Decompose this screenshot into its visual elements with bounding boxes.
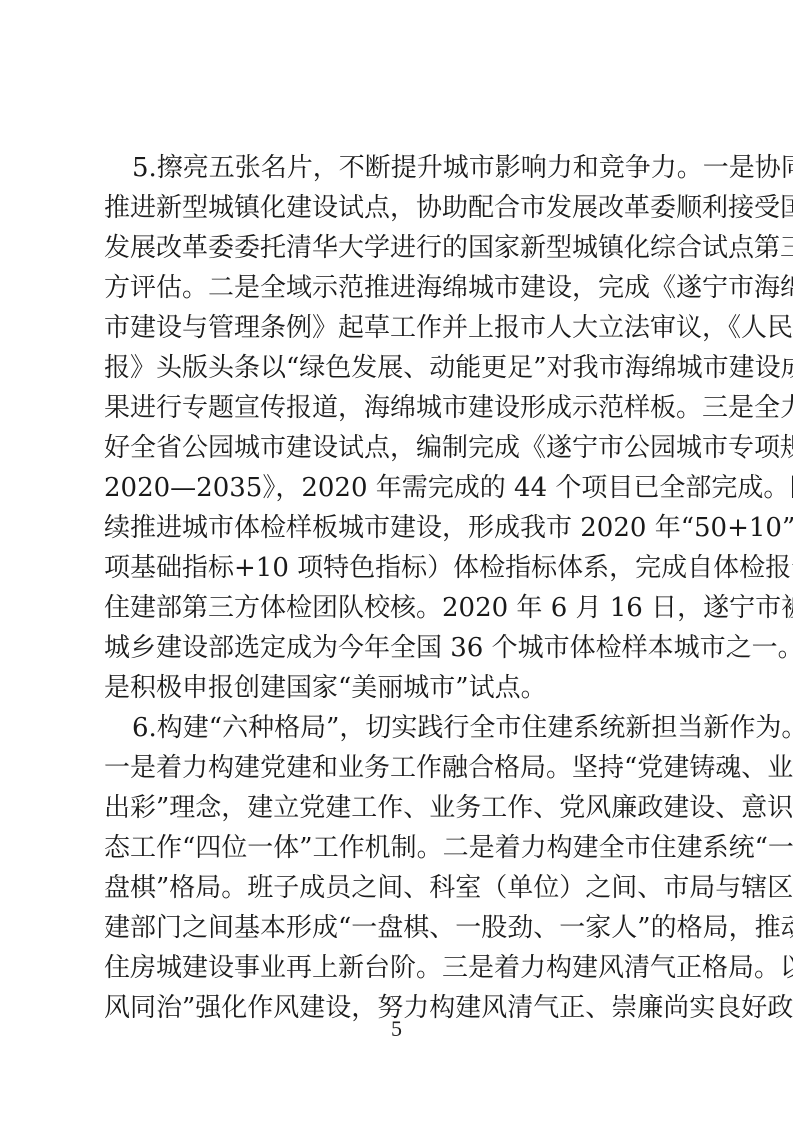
text-line: 项基础指标+10 项特色指标）体检指标体系，完成自体检报告送 (104, 548, 692, 588)
paragraph-item-6: 6.构建“六种格局”，切实践行全市住建系统新担当新作为。 一是着力构建党建和业务… (104, 708, 692, 1028)
text-line: 果进行专题宣传报道，海绵城市建设形成示范样板。三是全力抓 (104, 388, 692, 428)
text-line: 续推进城市体检样板城市建设，形成我市 2020 年“50+10”（50 (104, 508, 692, 548)
text-line: 住建部第三方体检团队校核。2020 年 6 月 16 日，遂宁市被住房 (104, 588, 692, 628)
text-line: 好全省公园城市建设试点，编制完成《遂宁市公园城市专项规划 (104, 428, 692, 468)
text-line: 是积极申报创建国家“美丽城市”试点。 (104, 668, 692, 708)
text-line: 一是着力构建党建和业务工作融合格局。坚持“党建铸魂、业务 (104, 748, 692, 788)
text-line: 建部门之间基本形成“一盘棋、一股劲、一家人”的格局，推动 (104, 908, 692, 948)
text-line: 城乡建设部选定成为今年全国 36 个城市体检样本城市之一。五 (104, 628, 692, 668)
text-line: 报》头版头条以“绿色发展、动能更足”对我市海绵城市建设成 (104, 348, 692, 388)
text-line: 发展改革委委托清华大学进行的国家新型城镇化综合试点第三 (104, 228, 692, 268)
paragraph-item-5: 5.擦亮五张名片，不断提升城市影响力和竞争力。一是协同 推进新型城镇化建设试点，… (104, 148, 692, 708)
text-line: 推进新型城镇化建设试点，协助配合市发展改革委顺利接受国家 (104, 188, 692, 228)
text-line: 市建设与管理条例》起草工作并上报市人大立法审议，《人民日 (104, 308, 692, 348)
text-line: 2020—2035》，2020 年需完成的 44 个项目已全部完成。四是持 (104, 468, 692, 508)
document-body: 5.擦亮五张名片，不断提升城市影响力和竞争力。一是协同 推进新型城镇化建设试点，… (104, 148, 692, 1028)
text-line: 6.构建“六种格局”，切实践行全市住建系统新担当新作为。 (104, 708, 692, 748)
text-line: 住房城建设事业再上新台阶。三是着力构建风清气正格局。以“六 (104, 948, 692, 988)
text-line: 出彩”理念，建立党建工作、业务工作、党风廉政建设、意识形 (104, 788, 692, 828)
text-line: 盘棋”格局。班子成员之间、科室（单位）之间、市局与辖区住 (104, 868, 692, 908)
text-line: 方评估。二是全域示范推进海绵城市建设，完成《遂宁市海绵城 (104, 268, 692, 308)
text-line: 态工作“四位一体”工作机制。二是着力构建全市住建系统“一 (104, 828, 692, 868)
page-number: 5 (0, 1016, 793, 1042)
text-line: 5.擦亮五张名片，不断提升城市影响力和竞争力。一是协同 (104, 148, 692, 188)
